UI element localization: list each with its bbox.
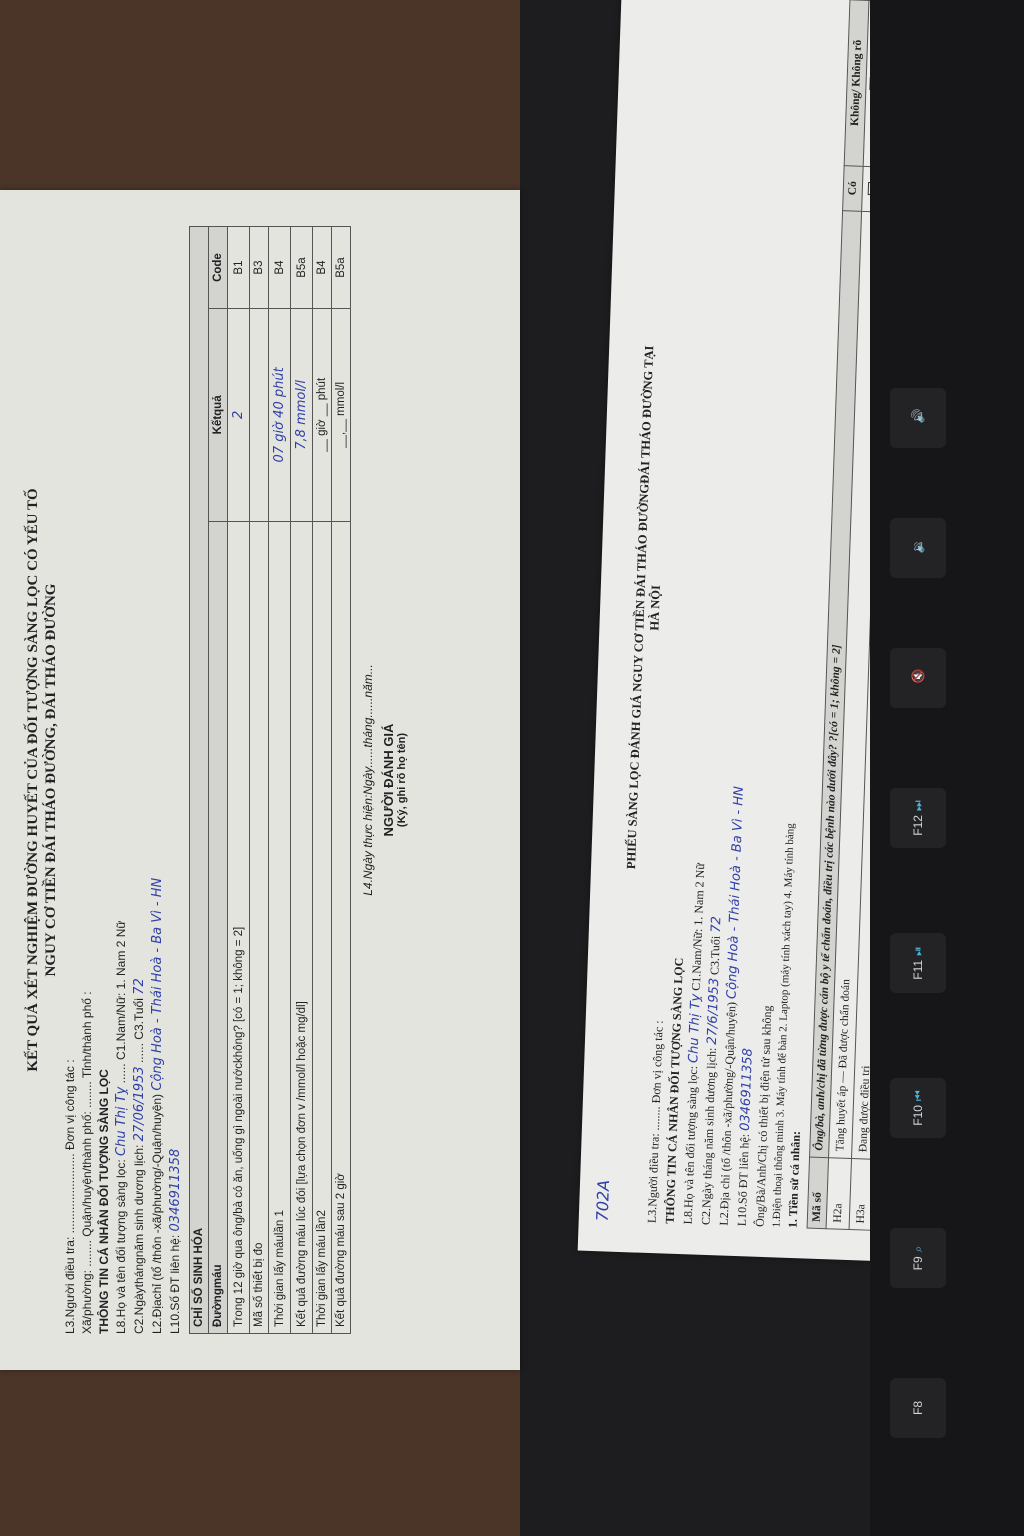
ward-label: Xã/phường: [80,1270,94,1334]
sex-selected[interactable]: 2 Nữ [692,863,707,888]
table-row: Thời gian lấy máulần 107 giờ 40 phútB4 [269,227,291,1334]
form-title: KẾT QUẢ XÉT NGHIỆM ĐƯỜNG HUYẾT CỦA ĐỐI T… [24,226,42,1334]
sex-selected[interactable]: 2 Nữ [114,921,128,948]
investigator-label: L3.Người điều tra: [645,1133,662,1223]
col-glucose: Đườngmáu [209,521,228,1333]
keyboard: F8 F9⌕ F10⏮ F11⏯ F12⏭ 🔇 🔉 🔊 [870,0,1024,1536]
row-result[interactable]: 07 giờ 40 phút [269,309,291,522]
search-icon: ⌕ [911,1246,926,1253]
evaluator-heading: NGƯỜI ĐÁNH GIÁ [381,226,396,1334]
date-line: L4.Ngày thực hiện:Ngày......tháng......n… [361,226,375,1334]
row-label: Thời gian lấy máulần 1 [269,521,291,1333]
table-row: Kết quả đường máu lúc đói [lựa chọn đơn … [291,227,313,1334]
row-label: Trong 12 giờ qua ông/bà có ăn, uống gì n… [228,521,250,1333]
key-label: F11 [911,960,925,980]
biochemistry-table: CHỈ SỐ SINH HÓA Đườngmáu Kếtquả Code Tro… [189,226,351,1334]
col-code: Mã số [807,1157,828,1229]
row-label: Tăng huyết áp [834,1085,848,1151]
key-volume-down[interactable]: 🔉 [890,518,946,578]
key-mute[interactable]: 🔇 [890,648,946,708]
play-pause-icon: ⏯ [911,946,926,956]
row-sub: Đã được chẩn đoán [837,979,852,1069]
key-label: F10 [911,1105,925,1126]
mute-icon: 🔇 [911,669,925,684]
table-row: Mã số thiết bị đoB3 [250,227,269,1334]
table-row: Thời gian lấy máu lần2__ giờ __ phútB4 [313,227,332,1334]
row-result[interactable]: __ giờ __ phút [313,309,332,522]
key-f9[interactable]: F9⌕ [890,1228,946,1288]
address-value[interactable]: Cộng Hoà - Thái Hoà - Ba Vì - HN [150,878,165,1091]
col-code: Code [209,227,228,309]
table-row: Kết quả đường máu sau 2 giờ__,__ mmol/lB… [332,227,351,1334]
volume-down-icon: 🔉 [911,539,925,554]
phone-value[interactable]: 0346911358 [738,1048,756,1131]
name-value[interactable]: Chu Thị Tỵ [686,994,703,1064]
dob-label: C2.Ngày tháng năm sinh dương lịch: [699,1047,719,1225]
row-label: Thời gian lấy máu lần2 [313,521,332,1333]
key-label: F8 [911,1401,925,1415]
row-result[interactable]: 7,8 mmol/l [291,309,313,522]
col-yes: Có [843,165,864,211]
name-value[interactable]: Chu Thị Tỵ [114,1087,129,1156]
key-f10[interactable]: F10⏮ [890,1078,946,1138]
key-label: F12 [911,815,925,836]
biochemistry-heading: CHỈ SỐ SINH HÓA [190,227,209,1334]
age-value[interactable]: 72 [132,978,147,995]
row-result[interactable]: __,__ mmol/l [332,309,351,522]
age-label: C3.Tuổi [707,935,722,975]
province-label: Tỉnh/thành phố : [80,991,94,1078]
key-f8[interactable]: F8 [890,1378,946,1438]
sex-label: C1.Nam/Nữ: 1. Nam [114,951,128,1060]
next-track-icon: ⏭ [911,800,926,811]
name-label: L8.Họ và tên đối tượng sàng lọc: [114,1159,128,1334]
blood-glucose-result-form: KẾT QUẢ XÉT NGHIỆM ĐƯỜNG HUYẾT CỦA ĐỐI T… [0,190,520,1370]
key-f12[interactable]: F12⏭ [890,788,946,848]
row-code: H2a [826,1157,851,1229]
volume-up-icon: 🔊 [911,409,925,424]
dob-value[interactable]: 27/06/1953 [132,1066,147,1141]
key-volume-up[interactable]: 🔊 [890,388,946,448]
row-label: Kết quả đường máu lúc đói [lựa chọn đơn … [291,521,313,1333]
district-label: Quận/huyện/thành phố: [80,1111,94,1236]
row-result[interactable]: 2 [228,309,250,522]
phone-value[interactable]: 0346911358 [168,1149,183,1232]
row-code: B4 [313,227,332,309]
key-label: F9 [911,1256,925,1270]
work-unit-label: Đơn vị công tác : [63,1059,77,1150]
row-code: B3 [250,227,269,309]
row-result[interactable] [250,309,269,522]
row-code: B4 [269,227,291,309]
personal-info-heading: THÔNG TIN CÁ NHÂN ĐỐI TƯỢNG SÀNG LỌC [97,226,111,1334]
row-code: B1 [228,227,250,309]
age-value[interactable]: 72 [709,916,725,933]
evaluator-note: (Ký, ghi rõ họ tên) [396,226,408,1334]
address-label: L2.Địachỉ (tổ /thôn -xã/phường/-Quận/huy… [150,1094,164,1334]
age-label: C3.Tuổi [132,998,146,1040]
row-label: Mã số thiết bị đo [250,521,269,1333]
phone-label: L10.Số ĐT liên hệ: [735,1134,752,1227]
dob-value[interactable]: 27/6/1953 [705,978,722,1045]
name-label: L8.Họ và tên đối tượng sàng lọc: [681,1066,701,1225]
row-label: Kết quả đường máu sau 2 giờ [332,521,351,1333]
dob-label: C2.Ngàythángnăm sinh dương lịch: [132,1145,146,1334]
table-row: Trong 12 giờ qua ông/bà có ăn, uống gì n… [228,227,250,1334]
row-code: B5a [332,227,351,309]
phone-label: L10.Số ĐT liên hệ: [168,1235,182,1334]
key-f11[interactable]: F11⏯ [890,933,946,993]
work-unit-label: Đơn vị công tác : [649,1020,666,1103]
sex-label: C1.Nam/Nữ: 1. Nam [689,890,706,991]
previous-track-icon: ⏮ [911,1090,926,1101]
col-result: Kếtquả [209,309,228,522]
row-code: B5a [291,227,313,309]
form-title-line2: NGUY CƠ TIỀN ĐÁI THÁO ĐƯỜNG, ĐÁI THÁO ĐƯ… [42,226,60,1334]
investigator-label: L3.Người điều tra: [63,1237,77,1334]
